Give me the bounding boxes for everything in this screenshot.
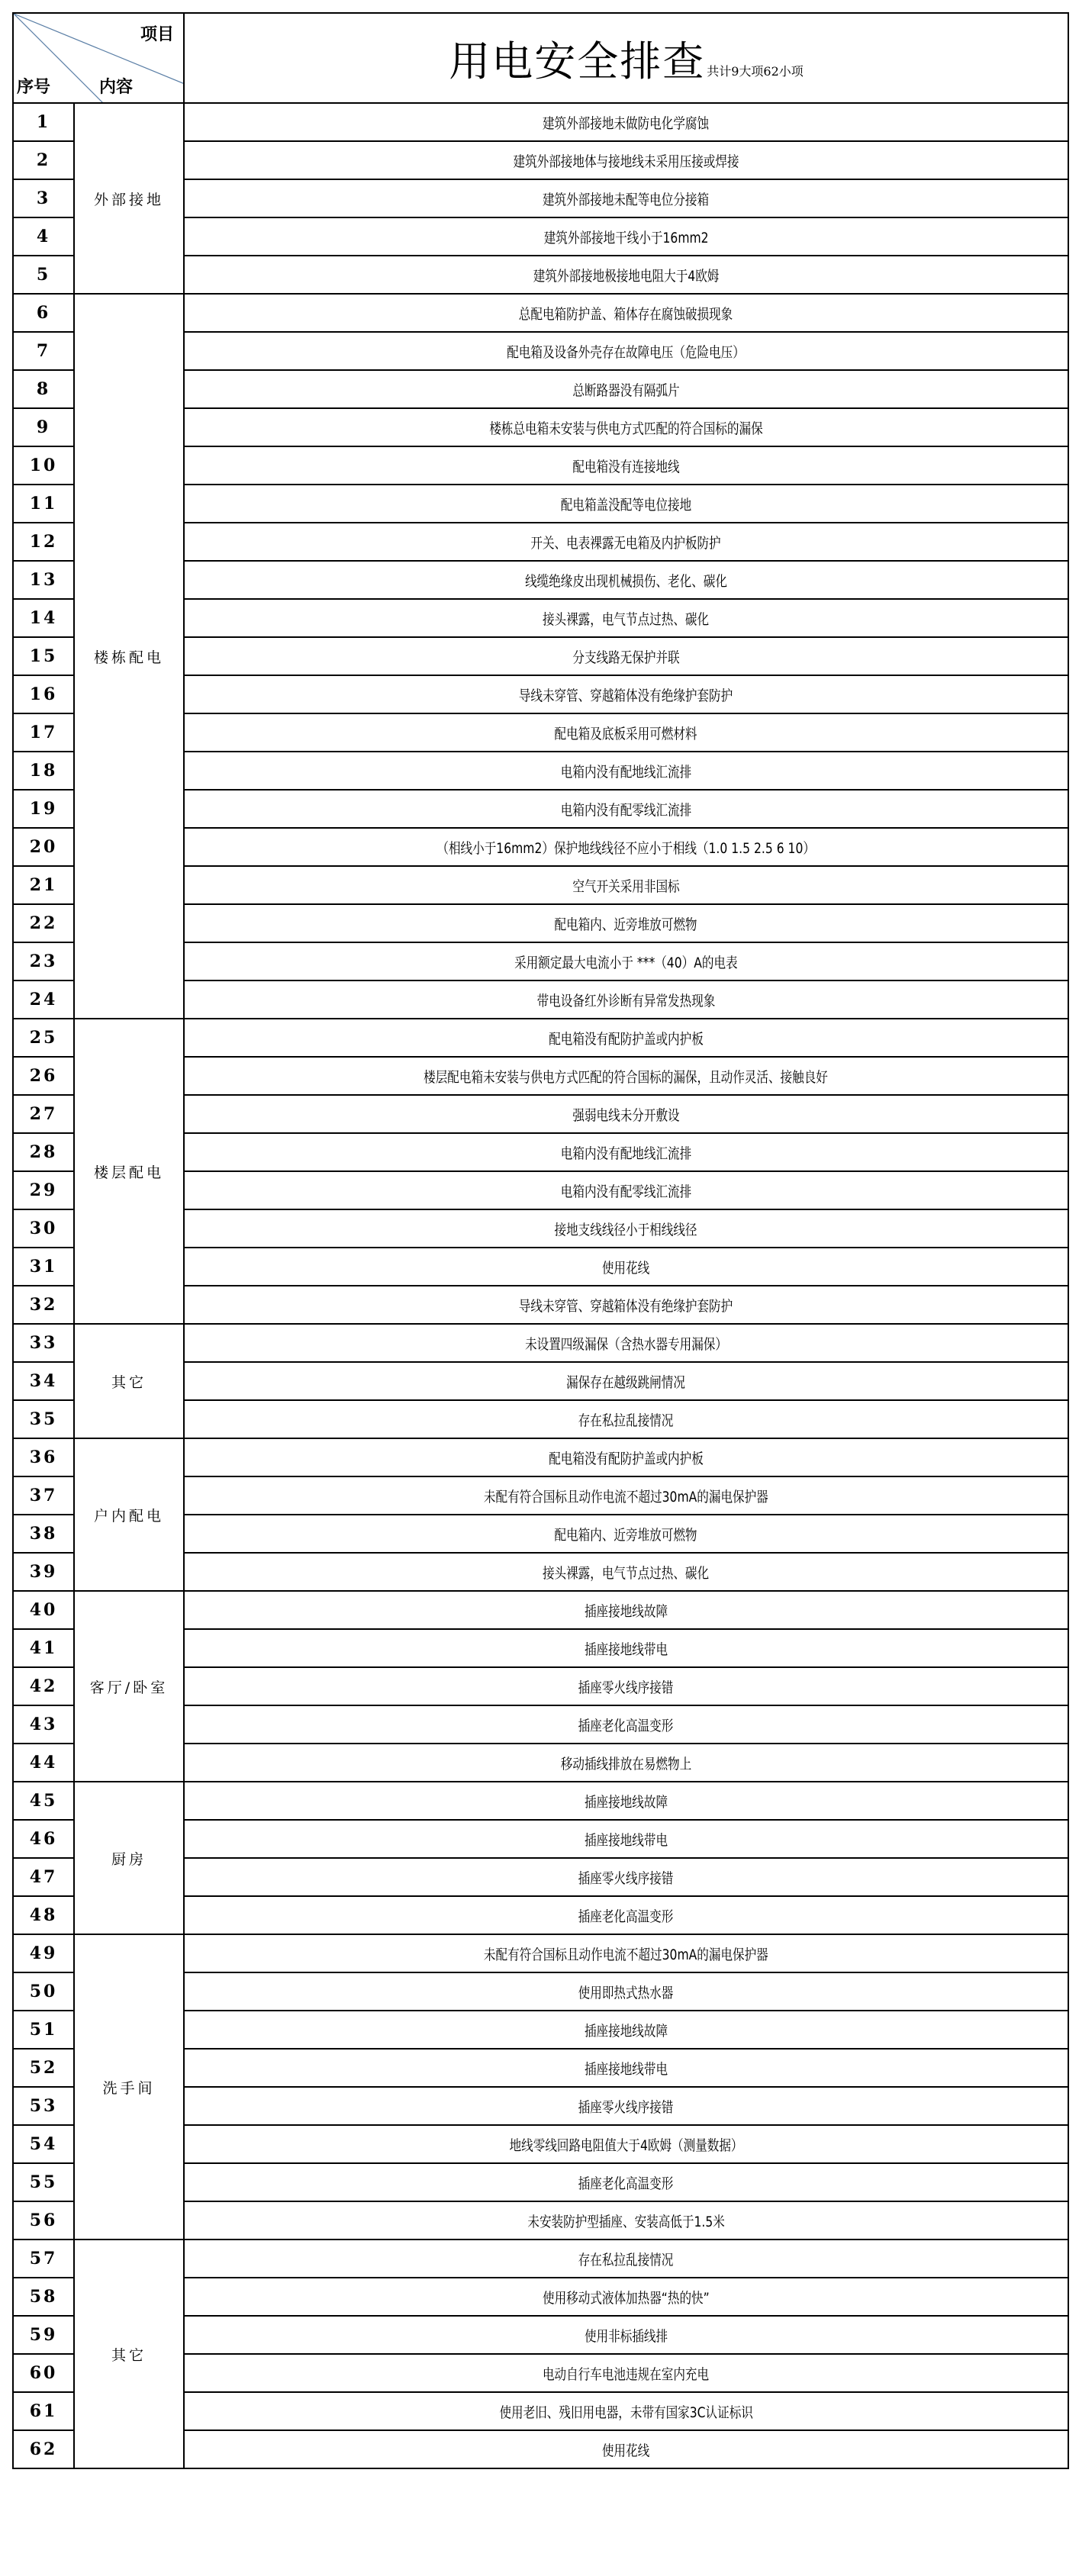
row-number: 61 <box>13 2392 74 2430</box>
page-title: 用电安全排查 <box>449 37 705 85</box>
check-item-cell: 使用即热式热水器 <box>184 1972 1068 2011</box>
check-item-text: 电动自行车电池违规在室内充电 <box>543 2363 709 2384</box>
row-number: 3 <box>13 179 74 217</box>
category-cell: 其它 <box>74 1324 184 1438</box>
row-number: 31 <box>13 1248 74 1286</box>
row-number: 23 <box>13 942 74 980</box>
check-item-text: 插座接地线带电 <box>585 1638 668 1659</box>
check-item-cell: 空气开关采用非国标 <box>184 866 1068 904</box>
row-number: 13 <box>13 561 74 599</box>
row-number: 46 <box>13 1820 74 1858</box>
row-number: 49 <box>13 1934 74 1972</box>
table-row: 25楼层配电配电箱没有配防护盖或内护板 <box>13 1019 1068 1057</box>
check-item-cell: 未配有符合国标且动作电流不超过30mA的漏电保护器 <box>184 1934 1068 1972</box>
category-cell: 其它 <box>74 2240 184 2468</box>
row-number: 7 <box>13 332 74 370</box>
row-number: 36 <box>13 1438 74 1476</box>
row-number: 56 <box>13 2201 74 2240</box>
check-item-cell: 插座零火线序接错 <box>184 2087 1068 2125</box>
check-item-cell: 电箱内没有配零线汇流排 <box>184 1171 1068 1209</box>
corner-label-content: 内容 <box>99 74 133 98</box>
check-item-cell: 存在私拉乱接情况 <box>184 2240 1068 2278</box>
check-item-text: 插座接地线故障 <box>585 1791 668 1811</box>
check-item-cell: （相线小于16mm2）保护地线线径不应小于相线（1.0 1.5 2.5 6 10… <box>184 828 1068 866</box>
row-number: 11 <box>13 485 74 523</box>
table-row: 40客厅/卧室插座接地线故障 <box>13 1591 1068 1629</box>
row-number: 22 <box>13 904 74 942</box>
category-cell: 楼层配电 <box>74 1019 184 1324</box>
check-item-text: 插座接地线带电 <box>585 2058 668 2079</box>
check-item-cell: 配电箱及设备外壳存在故障电压（危险电压） <box>184 332 1068 370</box>
row-number: 25 <box>13 1019 74 1057</box>
check-item-cell: 插座零火线序接错 <box>184 1667 1068 1705</box>
check-item-text: 电箱内没有配零线汇流排 <box>561 799 691 819</box>
safety-checklist-table: 项目 序号 内容 用电安全排查共计9大项62小项 1外部接地建筑外部接地未做防电… <box>12 12 1069 2469</box>
row-number: 50 <box>13 1972 74 2011</box>
check-item-cell: 使用花线 <box>184 1248 1068 1286</box>
row-number: 34 <box>13 1362 74 1400</box>
row-number: 43 <box>13 1705 74 1744</box>
check-item-cell: 使用非标插线排 <box>184 2316 1068 2354</box>
row-number: 1 <box>13 103 74 141</box>
check-item-cell: 配电箱内、近旁堆放可燃物 <box>184 1515 1068 1553</box>
row-number: 9 <box>13 408 74 446</box>
check-item-text: 未设置四级漏保（含热水器专用漏保） <box>525 1333 727 1354</box>
check-item-text: 插座零火线序接错 <box>578 1867 674 1888</box>
check-item-text: 电箱内没有配零线汇流排 <box>561 1180 691 1201</box>
check-item-text: 接头裸露，电气节点过热、碳化 <box>543 608 709 629</box>
check-item-cell: 插座零火线序接错 <box>184 1858 1068 1896</box>
check-item-cell: 接头裸露，电气节点过热、碳化 <box>184 1553 1068 1591</box>
check-item-text: 接地支线线径小于相线线径 <box>555 1219 697 1239</box>
row-number: 2 <box>13 141 74 179</box>
row-number: 10 <box>13 446 74 485</box>
row-number: 21 <box>13 866 74 904</box>
check-item-cell: 使用花线 <box>184 2430 1068 2468</box>
category-cell: 洗手间 <box>74 1934 184 2240</box>
check-item-cell: 电动自行车电池违规在室内充电 <box>184 2354 1068 2392</box>
check-item-cell: 漏保存在越级跳闸情况 <box>184 1362 1068 1400</box>
check-item-text: 配电箱内、近旁堆放可燃物 <box>555 913 697 934</box>
check-item-text: 建筑外部接地干线小于16mm2 <box>544 227 709 247</box>
table-row: 33其它未设置四级漏保（含热水器专用漏保） <box>13 1324 1068 1362</box>
check-item-cell: 配电箱没有配防护盖或内护板 <box>184 1438 1068 1476</box>
check-item-text: 使用非标插线排 <box>585 2325 668 2346</box>
row-number: 20 <box>13 828 74 866</box>
check-item-text: 使用花线 <box>602 2439 649 2460</box>
check-item-text: 地线零线回路电阻值大于4欧姆（测量数据） <box>510 2134 743 2155</box>
row-number: 51 <box>13 2011 74 2049</box>
check-item-cell: 插座老化高温变形 <box>184 1705 1068 1744</box>
row-number: 29 <box>13 1171 74 1209</box>
check-item-text: 总配电箱防护盖、箱体存在腐蚀破损现象 <box>519 303 733 324</box>
row-number: 18 <box>13 752 74 790</box>
category-cell: 户内配电 <box>74 1438 184 1591</box>
category-cell: 楼栋配电 <box>74 294 184 1019</box>
check-item-cell: 配电箱没有连接地线 <box>184 446 1068 485</box>
check-item-cell: 配电箱内、近旁堆放可燃物 <box>184 904 1068 942</box>
row-number: 54 <box>13 2125 74 2163</box>
table-row: 1外部接地建筑外部接地未做防电化学腐蚀 <box>13 103 1068 141</box>
row-number: 59 <box>13 2316 74 2354</box>
header-row: 项目 序号 内容 用电安全排查共计9大项62小项 <box>13 13 1068 103</box>
check-item-text: 空气开关采用非国标 <box>572 875 679 896</box>
row-number: 35 <box>13 1400 74 1438</box>
check-item-text: （相线小于16mm2）保护地线线径不应小于相线（1.0 1.5 2.5 6 10… <box>437 837 816 858</box>
check-item-text: 导线未穿管、穿越箱体没有绝缘护套防护 <box>519 684 733 705</box>
check-item-text: 插座零火线序接错 <box>578 1676 674 1697</box>
row-number: 6 <box>13 294 74 332</box>
check-item-cell: 楼栋总电箱未安装与供电方式匹配的符合国标的漏保 <box>184 408 1068 446</box>
check-item-cell: 配电箱及底板采用可燃材料 <box>184 713 1068 752</box>
check-item-cell: 配电箱盖没配等电位接地 <box>184 485 1068 523</box>
check-item-cell: 使用老旧、残旧用电器，未带有国家3C认证标识 <box>184 2392 1068 2430</box>
table-body: 项目 序号 内容 用电安全排查共计9大项62小项 1外部接地建筑外部接地未做防电… <box>13 13 1068 2468</box>
check-item-text: 配电箱内、近旁堆放可燃物 <box>555 1524 697 1544</box>
check-item-cell: 建筑外部接地极接地电阻大于4欧姆 <box>184 256 1068 294</box>
check-item-cell: 采用额定最大电流小于 ***（40）A的电表 <box>184 942 1068 980</box>
check-item-cell: 插座接地线故障 <box>184 2011 1068 2049</box>
check-item-cell: 电箱内没有配零线汇流排 <box>184 790 1068 828</box>
row-number: 28 <box>13 1133 74 1171</box>
row-number: 14 <box>13 599 74 637</box>
page-subtitle: 共计9大项62小项 <box>707 64 804 79</box>
check-item-cell: 总配电箱防护盖、箱体存在腐蚀破损现象 <box>184 294 1068 332</box>
check-item-text: 插座老化高温变形 <box>578 1905 674 1926</box>
row-number: 47 <box>13 1858 74 1896</box>
check-item-cell: 带电设备红外诊断有异常发热现象 <box>184 980 1068 1019</box>
table-row: 49洗手间未配有符合国标且动作电流不超过30mA的漏电保护器 <box>13 1934 1068 1972</box>
check-item-text: 存在私拉乱接情况 <box>578 2249 674 2269</box>
check-item-text: 未配有符合国标且动作电流不超过30mA的漏电保护器 <box>484 1943 768 1964</box>
check-item-text: 漏保存在越级跳闸情况 <box>567 1371 686 1392</box>
check-item-cell: 插座接地线带电 <box>184 1629 1068 1667</box>
check-item-text: 线缆绝缘皮出现机械损伤、老化、碳化 <box>525 570 727 591</box>
check-item-cell: 接头裸露，电气节点过热、碳化 <box>184 599 1068 637</box>
check-item-cell: 插座老化高温变形 <box>184 1896 1068 1934</box>
row-number: 30 <box>13 1209 74 1248</box>
check-item-text: 建筑外部接地未做防电化学腐蚀 <box>543 112 709 133</box>
row-number: 39 <box>13 1553 74 1591</box>
row-number: 15 <box>13 637 74 675</box>
row-number: 58 <box>13 2278 74 2316</box>
check-item-cell: 接地支线线径小于相线线径 <box>184 1209 1068 1248</box>
check-item-text: 插座零火线序接错 <box>578 2096 674 2117</box>
row-number: 41 <box>13 1629 74 1667</box>
corner-label-item: 项目 <box>140 21 174 45</box>
check-item-cell: 电箱内没有配地线汇流排 <box>184 1133 1068 1171</box>
row-number: 8 <box>13 370 74 408</box>
check-item-text: 移动插线排放在易燃物上 <box>561 1753 691 1773</box>
check-item-cell: 移动插线排放在易燃物上 <box>184 1744 1068 1782</box>
check-item-text: 未安装防护型插座、安装高低于1.5米 <box>527 2211 724 2231</box>
row-number: 16 <box>13 675 74 713</box>
category-cell: 外部接地 <box>74 103 184 294</box>
row-number: 40 <box>13 1591 74 1629</box>
check-item-text: 建筑外部接地极接地电阻大于4欧姆 <box>533 265 720 285</box>
row-number: 32 <box>13 1286 74 1324</box>
check-item-cell: 插座接地线带电 <box>184 1820 1068 1858</box>
row-number: 45 <box>13 1782 74 1820</box>
row-number: 55 <box>13 2163 74 2201</box>
check-item-cell: 建筑外部接地干线小于16mm2 <box>184 217 1068 256</box>
check-item-text: 配电箱没有配防护盖或内护板 <box>549 1447 704 1468</box>
check-item-text: 楼层配电箱未安装与供电方式匹配的符合国标的漏保，且动作灵活、接触良好 <box>424 1066 829 1087</box>
check-item-cell: 建筑外部接地未配等电位分接箱 <box>184 179 1068 217</box>
check-item-text: 导线未穿管、穿越箱体没有绝缘护套防护 <box>519 1295 733 1315</box>
check-item-text: 接头裸露，电气节点过热、碳化 <box>543 1562 709 1583</box>
row-number: 24 <box>13 980 74 1019</box>
diagonal-header-cell: 项目 序号 内容 <box>13 13 184 103</box>
row-number: 44 <box>13 1744 74 1782</box>
row-number: 4 <box>13 217 74 256</box>
check-item-cell: 使用移动式液体加热器“热的快” <box>184 2278 1068 2316</box>
row-number: 17 <box>13 713 74 752</box>
check-item-text: 楼栋总电箱未安装与供电方式匹配的符合国标的漏保 <box>489 417 762 438</box>
check-item-text: 建筑外部接地未配等电位分接箱 <box>543 188 709 209</box>
row-number: 5 <box>13 256 74 294</box>
check-item-cell: 地线零线回路电阻值大于4欧姆（测量数据） <box>184 2125 1068 2163</box>
row-number: 38 <box>13 1515 74 1553</box>
row-number: 60 <box>13 2354 74 2392</box>
check-item-text: 插座接地线带电 <box>585 1829 668 1850</box>
row-number: 12 <box>13 523 74 561</box>
category-cell: 客厅/卧室 <box>74 1591 184 1782</box>
check-item-text: 使用老旧、残旧用电器，未带有国家3C认证标识 <box>499 2401 752 2422</box>
row-number: 33 <box>13 1324 74 1362</box>
row-number: 53 <box>13 2087 74 2125</box>
row-number: 37 <box>13 1476 74 1515</box>
row-number: 26 <box>13 1057 74 1095</box>
table-row: 36户内配电配电箱没有配防护盖或内护板 <box>13 1438 1068 1476</box>
check-item-text: 电箱内没有配地线汇流排 <box>561 1142 691 1163</box>
row-number: 52 <box>13 2049 74 2087</box>
check-item-text: 强弱电线未分开敷设 <box>572 1104 679 1125</box>
check-item-text: 分支线路无保护并联 <box>572 646 679 667</box>
check-item-text: 插座接地线故障 <box>585 2020 668 2040</box>
row-number: 27 <box>13 1095 74 1133</box>
category-cell: 厨房 <box>74 1782 184 1934</box>
check-item-cell: 线缆绝缘皮出现机械损伤、老化、碳化 <box>184 561 1068 599</box>
table-row: 45厨房插座接地线故障 <box>13 1782 1068 1820</box>
check-item-cell: 导线未穿管、穿越箱体没有绝缘护套防护 <box>184 675 1068 713</box>
check-item-text: 开关、电表裸露无电箱及内护板防护 <box>531 532 721 552</box>
row-number: 62 <box>13 2430 74 2468</box>
check-item-text: 建筑外部接地体与接地线未采用压接或焊接 <box>513 150 739 171</box>
check-item-cell: 存在私拉乱接情况 <box>184 1400 1068 1438</box>
check-item-text: 配电箱没有连接地线 <box>572 456 679 476</box>
check-item-text: 插座老化高温变形 <box>578 2172 674 2193</box>
check-item-cell: 开关、电表裸露无电箱及内护板防护 <box>184 523 1068 561</box>
check-item-cell: 插座接地线故障 <box>184 1591 1068 1629</box>
check-item-text: 使用移动式液体加热器“热的快” <box>543 2287 710 2307</box>
check-item-text: 带电设备红外诊断有异常发热现象 <box>537 990 716 1010</box>
check-item-cell: 插座接地线故障 <box>184 1782 1068 1820</box>
check-item-cell: 建筑外部接地体与接地线未采用压接或焊接 <box>184 141 1068 179</box>
row-number: 57 <box>13 2240 74 2278</box>
row-number: 42 <box>13 1667 74 1705</box>
check-item-text: 配电箱及设备外壳存在故障电压（危险电压） <box>507 341 746 362</box>
check-item-cell: 强弱电线未分开敷设 <box>184 1095 1068 1133</box>
check-item-cell: 配电箱没有配防护盖或内护板 <box>184 1019 1068 1057</box>
check-item-cell: 插座接地线带电 <box>184 2049 1068 2087</box>
check-item-cell: 插座老化高温变形 <box>184 2163 1068 2201</box>
row-number: 19 <box>13 790 74 828</box>
table-row: 6楼栋配电总配电箱防护盖、箱体存在腐蚀破损现象 <box>13 294 1068 332</box>
check-item-text: 插座接地线故障 <box>585 1600 668 1621</box>
check-item-text: 存在私拉乱接情况 <box>578 1409 674 1430</box>
check-item-cell: 楼层配电箱未安装与供电方式匹配的符合国标的漏保，且动作灵活、接触良好 <box>184 1057 1068 1095</box>
check-item-text: 配电箱及底板采用可燃材料 <box>555 723 697 743</box>
check-item-text: 电箱内没有配地线汇流排 <box>561 761 691 781</box>
check-item-text: 未配有符合国标且动作电流不超过30mA的漏电保护器 <box>484 1486 768 1506</box>
check-item-cell: 未设置四级漏保（含热水器专用漏保） <box>184 1324 1068 1362</box>
check-item-cell: 未安装防护型插座、安装高低于1.5米 <box>184 2201 1068 2240</box>
check-item-text: 使用即热式热水器 <box>578 1982 674 2002</box>
check-item-cell: 导线未穿管、穿越箱体没有绝缘护套防护 <box>184 1286 1068 1324</box>
check-item-text: 使用花线 <box>602 1257 649 1277</box>
table-row: 57其它存在私拉乱接情况 <box>13 2240 1068 2278</box>
check-item-text: 插座老化高温变形 <box>578 1715 674 1735</box>
check-item-text: 总断路器没有隔弧片 <box>572 379 679 400</box>
check-item-cell: 总断路器没有隔弧片 <box>184 370 1068 408</box>
check-item-cell: 建筑外部接地未做防电化学腐蚀 <box>184 103 1068 141</box>
check-item-cell: 电箱内没有配地线汇流排 <box>184 752 1068 790</box>
corner-label-seq: 序号 <box>17 74 50 98</box>
check-item-text: 采用额定最大电流小于 ***（40）A的电表 <box>514 952 738 972</box>
check-item-cell: 分支线路无保护并联 <box>184 637 1068 675</box>
check-item-text: 配电箱盖没配等电位接地 <box>561 494 691 514</box>
check-item-cell: 未配有符合国标且动作电流不超过30mA的漏电保护器 <box>184 1476 1068 1515</box>
check-item-text: 配电箱没有配防护盖或内护板 <box>549 1028 704 1048</box>
title-cell: 用电安全排查共计9大项62小项 <box>184 13 1068 103</box>
row-number: 48 <box>13 1896 74 1934</box>
